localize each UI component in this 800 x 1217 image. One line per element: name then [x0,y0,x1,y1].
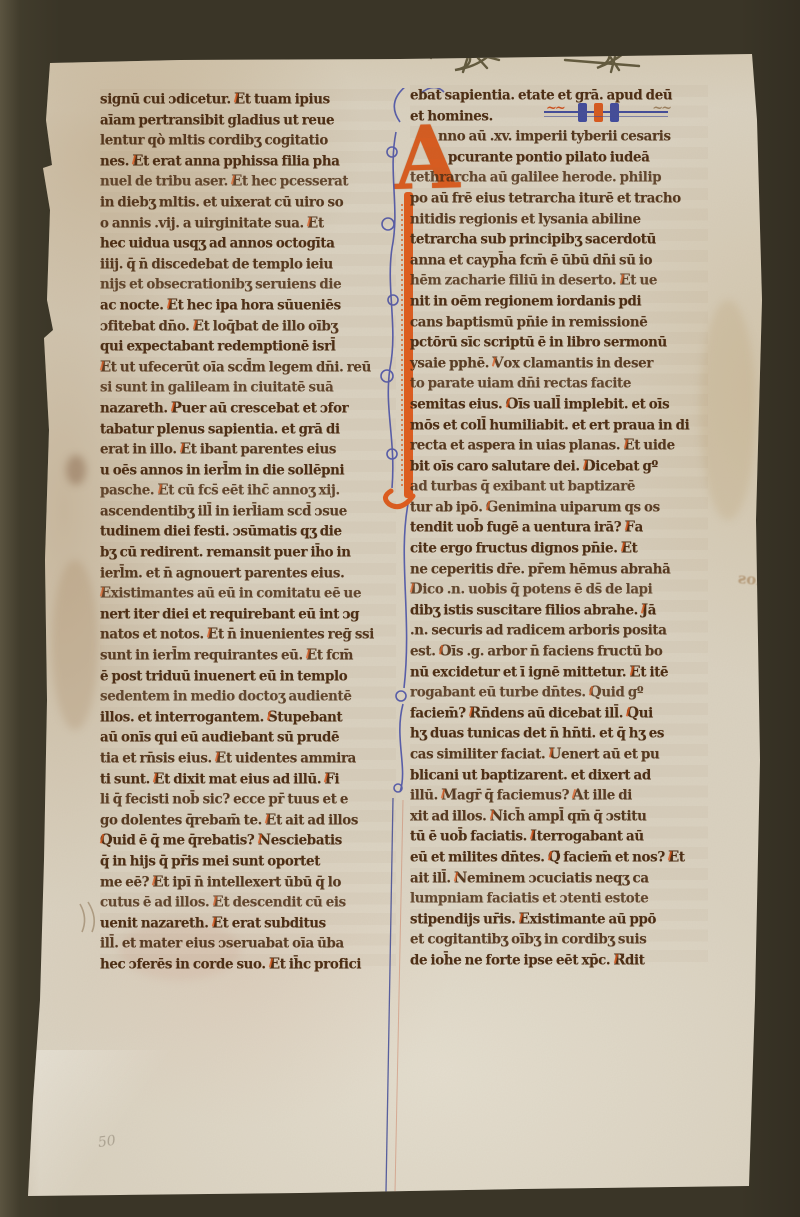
running-header: CAS [340,24,428,64]
running-header-letter: A [382,25,406,56]
running-header-letter: C [357,25,382,56]
running-header-letters: CAS [357,24,428,58]
header-paraph-mark [339,31,354,43]
running-header-letter: S [405,25,428,56]
photograph-background: CAS ~~ ~~ III A [0,0,800,1217]
parchment-grain [0,0,800,1217]
manuscript-leaf: CAS ~~ ~~ III A [0,0,800,1217]
